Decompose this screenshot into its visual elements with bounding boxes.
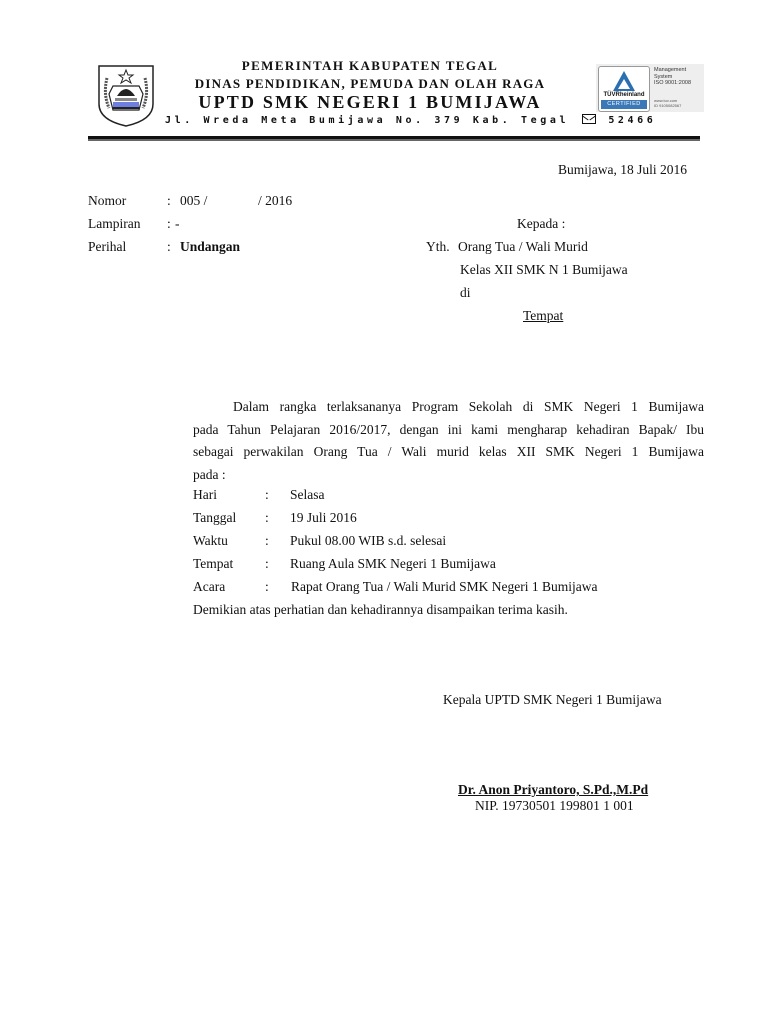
recipient-class: Kelas XII SMK N 1 Bumijawa (460, 262, 628, 278)
recipient-kepada: Kepada : (517, 216, 565, 232)
address-text: Jl. Wreda Meta Bumijawa No. 379 Kab. Teg… (165, 115, 569, 126)
paragraph-line: pada Tahun Pelajaran 2016/2017, dengan i… (193, 419, 704, 442)
closing-sentence: Demikian atas perhatian dan kehadirannya… (193, 602, 568, 618)
envelope-icon (582, 114, 596, 124)
signatory-title: Kepala UPTD SMK Negeri 1 Bumijawa (443, 692, 662, 708)
tuv-badge: TÜVRheinland CERTIFIED (598, 66, 650, 112)
recipient-name: Orang Tua / Wali Murid (458, 239, 588, 255)
meta-colon-perihal: : (167, 239, 171, 255)
meta-colon-nomor: : (167, 193, 171, 209)
letterhead-department: DINAS PENDIDIKAN, PEMUDA DAN OLAH RAGA (160, 76, 580, 92)
paragraph-line: pada : (193, 464, 704, 487)
meta-value-nomor-year: / 2016 (258, 193, 292, 209)
meta-value-perihal: Undangan (180, 239, 240, 255)
paragraph-line: Dalam rangka terlaksananya Program Sekol… (193, 396, 704, 419)
letter-date: Bumijawa, 18 Juli 2016 (558, 162, 687, 178)
certified-label: CERTIFIED (601, 100, 647, 109)
management-system-text: Management System ISO 9001:2008 (654, 67, 691, 87)
meta-colon-lampiran: : (167, 216, 171, 232)
tuv-brand: TÜVRheinland (599, 92, 649, 98)
postal-code: 52466 (608, 115, 656, 126)
letterhead-government: PEMERINTAH KABUPATEN TEGAL (160, 58, 580, 74)
letterhead-address: Jl. Wreda Meta Bumijawa No. 379 Kab. Teg… (165, 114, 656, 126)
meta-value-nomor: 005 / (180, 193, 207, 209)
recipient-di: di (460, 285, 471, 301)
letterhead-school-name: UPTD SMK NEGERI 1 BUMIJAWA (160, 92, 580, 113)
signatory-nip: NIP. 19730501 199801 1 001 (475, 798, 634, 814)
meta-label-lampiran: Lampiran (88, 216, 140, 232)
paragraph-line: sebagai perwakilan Orang Tua / Wali muri… (193, 441, 704, 464)
iso-certification-logo: TÜVRheinland CERTIFIED Management System… (596, 64, 704, 112)
recipient-place: Tempat (523, 308, 563, 324)
letterhead-divider-thin (88, 139, 700, 141)
meta-label-perihal: Perihal (88, 239, 126, 255)
recipient-yth: Yth. (426, 239, 450, 255)
signatory-name: Dr. Anon Priyantoro, S.Pd.,M.Pd (458, 782, 648, 798)
body-paragraph: Dalam rangka terlaksananya Program Sekol… (193, 396, 704, 486)
meta-label-nomor: Nomor (88, 193, 126, 209)
meta-value-lampiran: - (175, 216, 180, 232)
certification-id-text: www.tuv.com ID 9105082567 (654, 98, 681, 108)
regency-crest-logo (95, 64, 157, 128)
